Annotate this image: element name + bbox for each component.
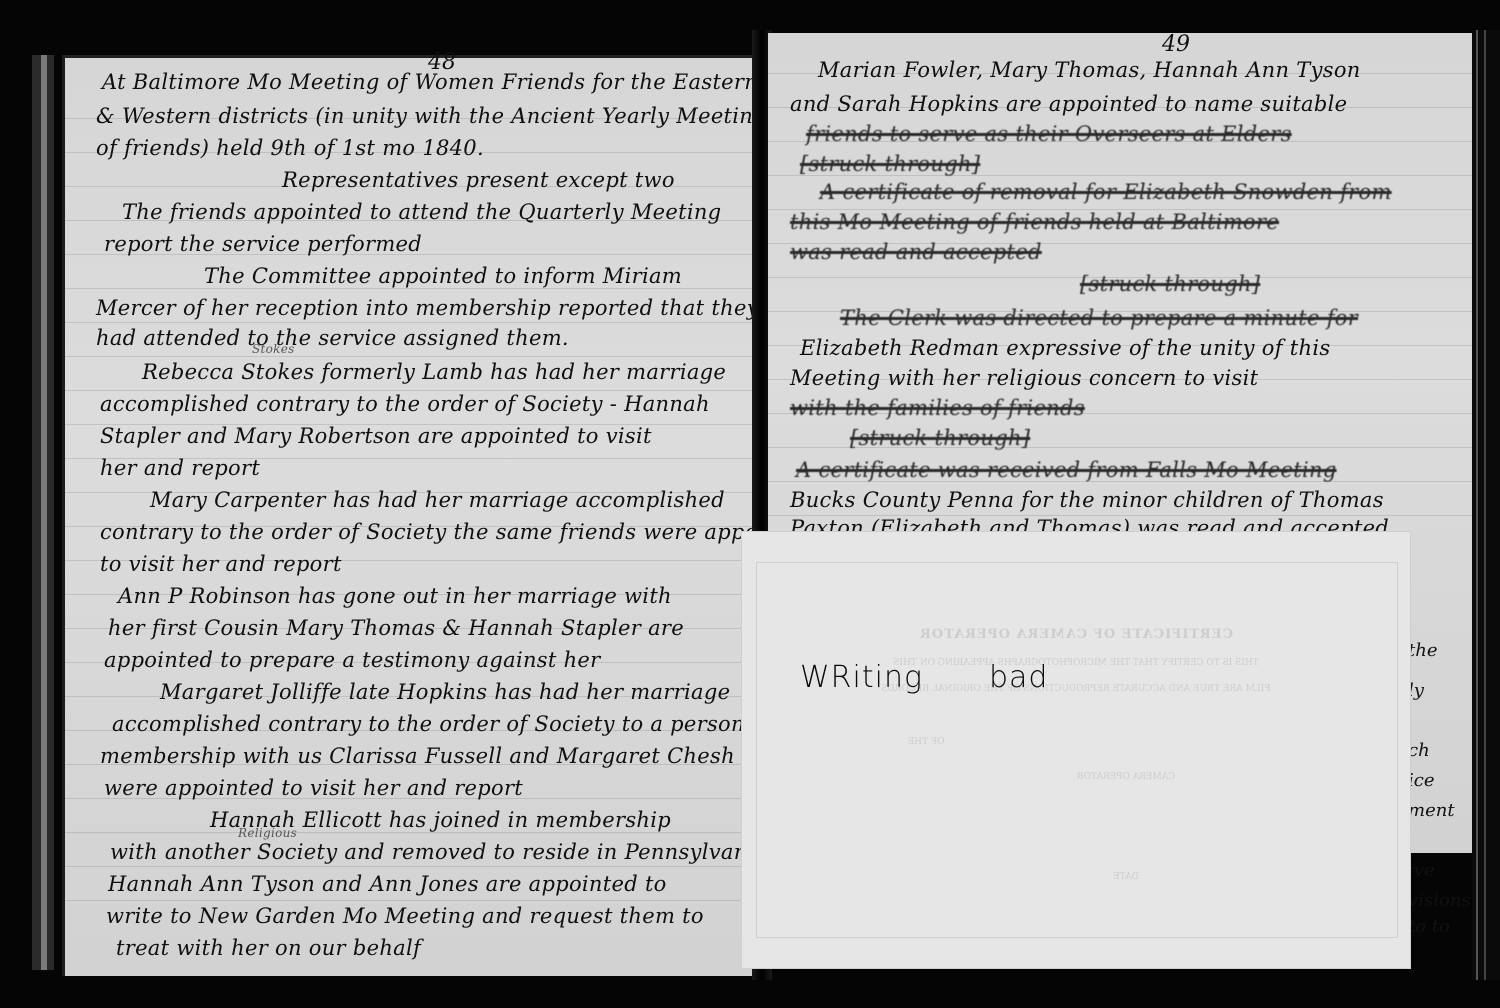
edge-fragment: ch <box>1408 740 1430 761</box>
text-line: Ann P Robinson has gone out in her marri… <box>118 584 672 608</box>
faded-printed-line: DATE <box>842 872 1410 882</box>
edge-fragment: to to <box>1408 916 1450 937</box>
struck-text-line: The Clerk was directed to prepare a minu… <box>840 306 1358 330</box>
text-line: Bucks County Penna for the minor childre… <box>790 488 1384 512</box>
text-line: Stapler and Mary Robertson are appointed… <box>100 424 652 448</box>
text-line: Meeting with her religious concern to vi… <box>790 366 1258 390</box>
text-line: with another Society and removed to resi… <box>110 840 767 864</box>
text-line: appointed to prepare a testimony against… <box>104 648 600 672</box>
text-line: contrary to the order of Society the sam… <box>100 520 814 544</box>
text-line: The Committee appointed to inform Miriam <box>204 264 682 288</box>
text-line: of friends) held 9th of 1st mo 1840. <box>96 136 484 160</box>
text-line: The friends appointed to attend the Quar… <box>122 200 721 224</box>
struck-text-line: [struck through] <box>800 152 980 176</box>
edge-fragment: ment <box>1408 800 1455 821</box>
edge-fragment: the <box>1408 640 1437 661</box>
struck-text-line: [struck through] <box>1080 272 1260 296</box>
text-line: accomplished contrary to the order of So… <box>112 712 815 736</box>
struck-text-line: with the families of friends <box>790 396 1085 420</box>
text-line: accomplished contrary to the order of So… <box>100 392 710 416</box>
text-line: Mercer of her reception into membership … <box>96 296 759 320</box>
edge-fragment: ice <box>1408 770 1435 791</box>
struck-text-line: A certificate was received from Falls Mo… <box>796 458 1337 482</box>
faded-printed-line: OF THE <box>442 737 1410 747</box>
text-line: were appointed to visit her and report <box>104 776 523 800</box>
text-line: Marian Fowler, Mary Thomas, Hannah Ann T… <box>818 58 1361 82</box>
left-page <box>62 55 768 976</box>
text-line: At Baltimore Mo Meeting of Women Friends… <box>102 70 758 94</box>
microfilm-frame: 48 At Baltimore Mo Meeting of Women Frie… <box>0 0 1500 1008</box>
edge-fragment: ive <box>1408 860 1435 881</box>
text-line: treat with her on our behalf <box>116 936 421 960</box>
handwritten-note-word-2: bad <box>989 660 1048 695</box>
text-line: Elizabeth Redman expressive of the unity… <box>800 336 1330 360</box>
text-line: her first Cousin Mary Thomas & Hannah St… <box>108 616 684 640</box>
interlinear-note: Stokes <box>252 342 295 356</box>
struck-text-line: friends to serve as their Overseers at E… <box>806 122 1292 146</box>
text-line: Mary Carpenter has had her marriage acco… <box>150 488 725 512</box>
text-line: Representatives present except two <box>282 168 675 192</box>
faded-printed-line: CAMERA OPERATOR <box>842 772 1410 782</box>
text-line: & Western districts (in unity with the A… <box>96 104 778 128</box>
struck-text-line: was read and accepted <box>790 240 1042 264</box>
text-line: membership with us Clarissa Fussell and … <box>100 744 735 768</box>
text-line: Margaret Jolliffe late Hopkins has had h… <box>160 680 730 704</box>
text-line: Rebecca Stokes formerly Lamb has had her… <box>142 360 726 384</box>
text-line: her and report <box>100 456 260 480</box>
text-line: write to New Garden Mo Meeting and reque… <box>106 904 704 928</box>
page-number-right: 49 <box>1162 32 1190 57</box>
left-page-stack-edge <box>32 55 54 970</box>
camera-operator-target-card: CERTIFICATE OF CAMERA OPERATOR THIS IS T… <box>742 532 1410 968</box>
struck-text-line: this Mo Meeting of friends held at Balti… <box>790 210 1279 234</box>
text-line: to visit her and report <box>100 552 342 576</box>
text-line: report the service performed <box>104 232 422 256</box>
text-line: Hannah Ann Tyson and Ann Jones are appoi… <box>108 872 667 896</box>
interlinear-note: Religious <box>238 826 297 840</box>
struck-text-line: [struck through] <box>850 426 1030 450</box>
text-line: and Sarah Hopkins are appointed to name … <box>790 92 1347 116</box>
right-page-stack-edge <box>1472 30 1500 980</box>
edge-fragment: visions <box>1408 890 1471 911</box>
edge-fragment: ly <box>1408 680 1424 701</box>
struck-text-line: A certificate of removal for Elizabeth S… <box>820 180 1392 204</box>
faded-certificate-title: CERTIFICATE OF CAMERA OPERATOR <box>742 627 1410 642</box>
handwritten-note-word-1: WRiting <box>800 660 923 695</box>
text-line: had attended to the service assigned the… <box>96 326 569 350</box>
